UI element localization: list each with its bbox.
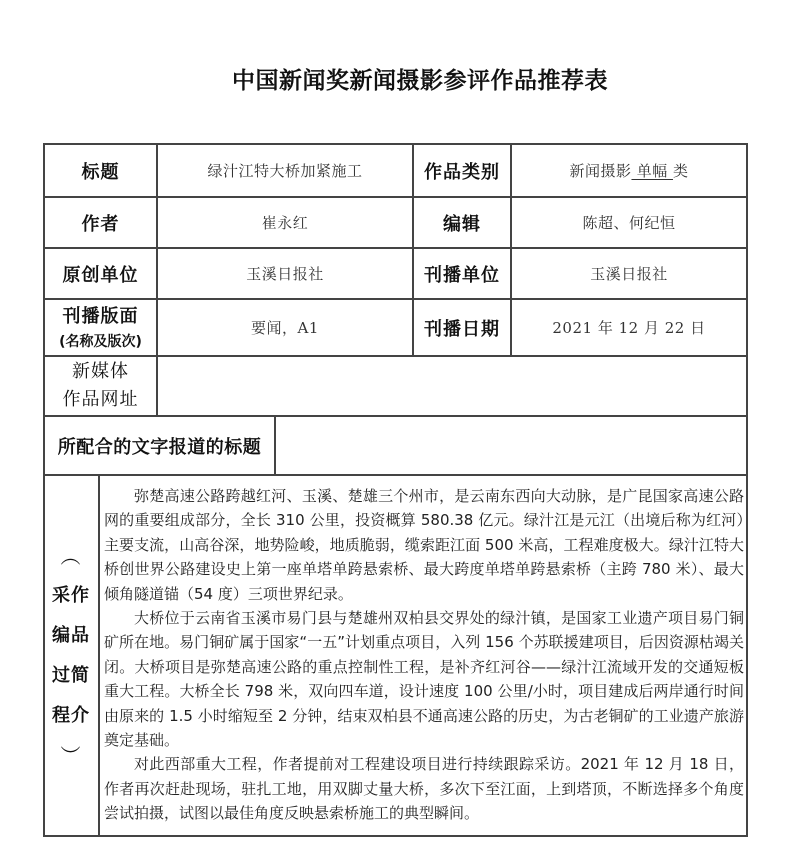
- category-type: 单幅: [631, 160, 673, 181]
- process-label: ︵ 采作 编品 过简 程介 ︶: [43, 475, 99, 836]
- publish-page-label: 刊播版面 (名称及版次): [45, 300, 156, 355]
- new-media-url-label-line1: 新媒体: [72, 358, 129, 386]
- table-border-right: [746, 143, 748, 837]
- page-title: 中国新闻奖新闻摄影参评作品推荐表: [0, 62, 800, 95]
- process-label-line2: 编品: [52, 616, 90, 656]
- original-unit-label: 原创单位: [45, 249, 156, 298]
- process-label-line4: 程介: [52, 696, 90, 736]
- publish-date-label: 刊播日期: [414, 300, 510, 355]
- publish-page-value: 要闻，A1: [158, 300, 412, 355]
- publish-unit-label: 刊播单位: [414, 249, 510, 298]
- process-label-line1: 采作: [52, 576, 90, 616]
- publish-page-label-main: 刊播版面: [63, 303, 139, 331]
- process-label-close-paren: ︶: [61, 736, 82, 776]
- category-value: 新闻摄影 单幅 类: [512, 145, 746, 196]
- publish-date-value: 2021 年 12 月 22 日: [512, 300, 746, 355]
- process-paragraph: 对此西部重大工程，作者提前对工程建设项目进行持续跟踪采访。2021 年 12 月…: [104, 752, 744, 825]
- publish-unit-value: 玉溪日报社: [512, 249, 746, 298]
- process-label-line3: 过简: [52, 656, 90, 696]
- author-label: 作者: [45, 198, 156, 247]
- category-label: 作品类别: [414, 145, 510, 196]
- author-value: 崔永红: [158, 198, 412, 247]
- process-label-open-paren: ︵: [61, 536, 82, 576]
- title-value: 绿汁江特大桥加紧施工: [158, 145, 412, 196]
- new-media-url-label: 新媒体 作品网址: [45, 357, 156, 415]
- original-unit-value: 玉溪日报社: [158, 249, 412, 298]
- editor-value: 陈超、何纪恒: [512, 198, 746, 247]
- new-media-url-value: [158, 357, 746, 415]
- publish-page-sublabel: (名称及版次): [59, 331, 142, 353]
- title-label: 标题: [45, 145, 156, 196]
- category-prefix: 新闻摄影: [569, 160, 631, 181]
- table-border-bottom: [43, 835, 748, 837]
- new-media-url-label-line2: 作品网址: [63, 386, 139, 414]
- process-paragraph: 弥楚高速公路跨越红河、玉溪、楚雄三个州市，是云南东西向大动脉，是广昆国家高速公路…: [104, 484, 744, 606]
- editor-label: 编辑: [414, 198, 510, 247]
- process-paragraph: 大桥位于云南省玉溪市易门县与楚雄州双柏县交界处的绿汁镇，是国家工业遗产项目易门铜…: [104, 606, 744, 752]
- category-suffix: 类: [673, 160, 689, 181]
- row-divider: [43, 474, 748, 476]
- process-description: 弥楚高速公路跨越红河、玉溪、楚雄三个州市，是云南东西向大动脉，是广昆国家高速公路…: [104, 484, 744, 826]
- matched-report-title-value: [276, 417, 746, 474]
- matched-report-title-label: 所配合的文字报道的标题: [45, 417, 274, 474]
